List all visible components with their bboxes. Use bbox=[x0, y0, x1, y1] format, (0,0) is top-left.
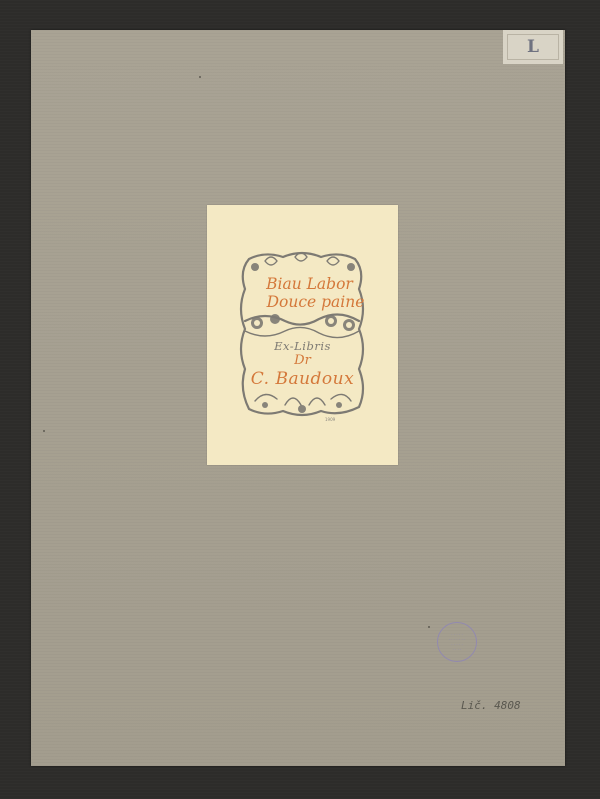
shelf-label: L bbox=[503, 30, 563, 64]
paper-speck bbox=[43, 430, 45, 432]
ex-libris-label: Ex-Libris bbox=[207, 339, 398, 353]
stamp-line: · · · · bbox=[453, 647, 462, 652]
motto-line-2: Douce paine bbox=[233, 293, 398, 311]
library-stamp-icon: · · · · · · · · · · · · · · · · · · · · … bbox=[437, 622, 477, 662]
owner-name: C. Baudoux bbox=[207, 369, 398, 389]
call-number: Lič. 4808 bbox=[461, 699, 521, 712]
bookplate: Biau Labor Douce paine Ex-Libris Dr C. B… bbox=[207, 205, 398, 465]
paper-speck bbox=[199, 76, 201, 78]
artist-mark: 1909 bbox=[325, 417, 335, 422]
shelf-label-text: L bbox=[507, 34, 559, 60]
motto-line-1: Biau Labor bbox=[221, 275, 398, 293]
paper-speck bbox=[428, 626, 430, 628]
mounting-sheet: L Biau Lab bbox=[31, 30, 565, 766]
owner-title: Dr bbox=[207, 353, 398, 368]
